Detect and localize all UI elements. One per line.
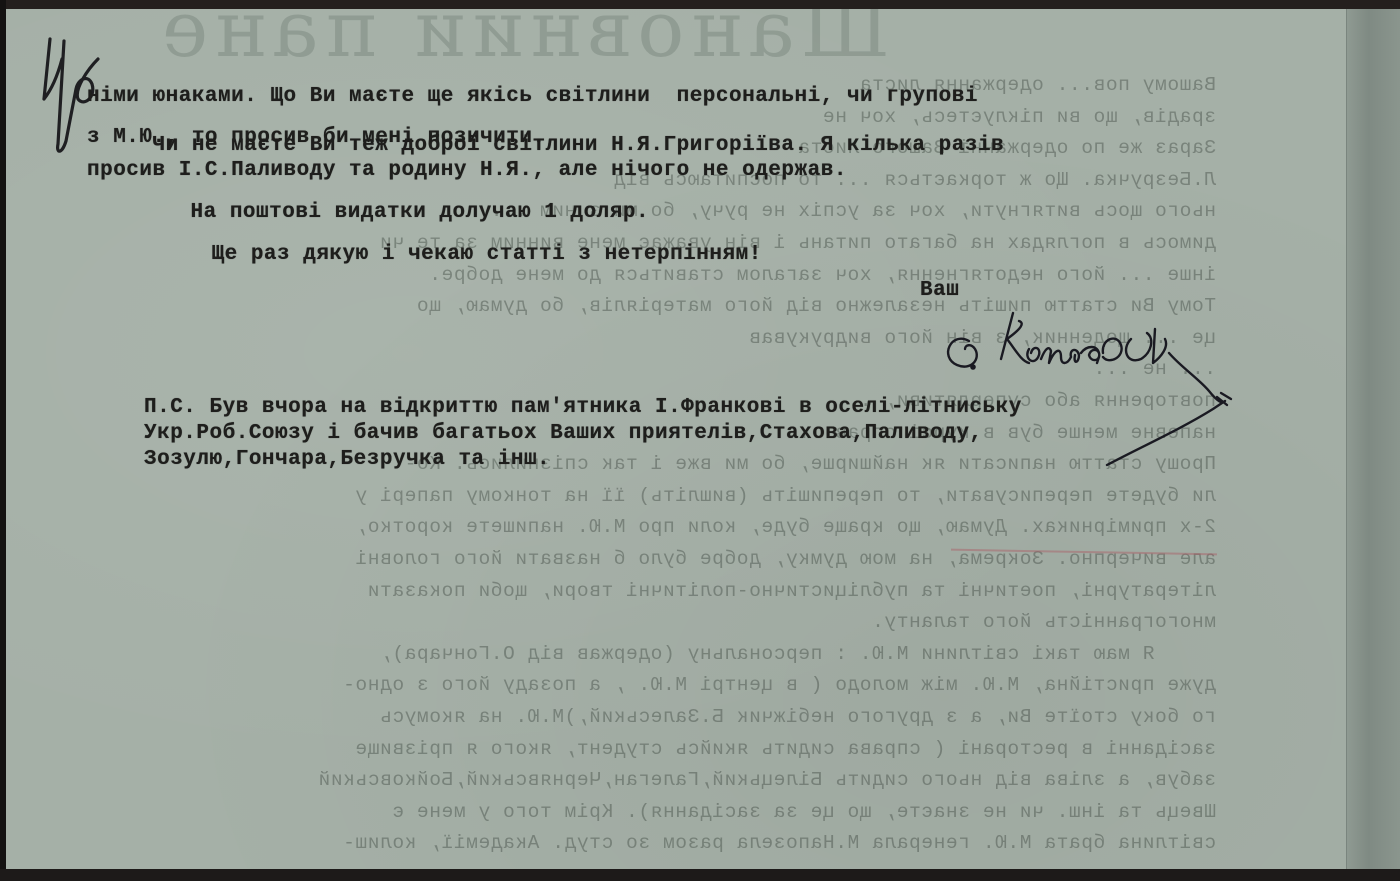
reverse-side-line: ли будете переписувати, то перепишіть (в… [355,485,1216,507]
scan-frame-top [0,0,1400,9]
letter-line: Чи не маєте Ви теж доброї світлини Н.Я.Г… [87,134,1004,157]
letter-line: На поштові видатки долучаю 1 доляр. [125,201,649,224]
reverse-side-line: зрадів, що ви піклуєтесь, хоч не [822,106,1216,128]
postscript-line: Укр.Роб.Союзу і бачив багатьох Ваших при… [144,422,983,445]
reverse-side-line: многогранність його таланту. [872,611,1216,633]
letter-line: Ще раз дякую і чекаю статті з нетерпіння… [146,243,762,266]
reverse-side-line: Я маю такі світлини М.Ю. : персональну (… [379,643,1216,665]
reverse-side-line: го боку стоїте Ви, а з другого небіжчик … [379,706,1216,728]
reverse-side-line: літературні, поетичні та публіцистично-п… [367,580,1216,602]
reverse-side-line: забув, а зліва від нього сидить Білецьки… [318,769,1216,791]
letter-line: німи юнаками. Що Ви маєте ще якісь світл… [87,85,978,108]
postscript-line: П.С. Був вчора на відкриттю пам'ятника І… [144,396,1022,419]
scan-edge-strip [1346,9,1400,869]
reverse-side-line: дуже пристійна, М.Ю. між молодо ( в цент… [343,674,1216,696]
reverse-side-line: 2-х примірниках. Думаю, що краще буде, к… [355,516,1216,538]
reverse-side-line: інше ... його недотягнення, хоч загалом … [429,264,1216,286]
closing-salutation: Ваш [920,279,959,302]
reverse-side-line: Швець та інш. чи не знаєте, що це за зас… [392,801,1216,823]
handwritten-signature: О. Коновал [941,309,1301,469]
reverse-side-line: засіданні в ресторані ( справа сидить як… [355,738,1216,760]
letter-line: просив І.С.Паливоду та родину Н.Я., але … [87,159,847,182]
letter-page: Шановний пане Вашому пов... одержання ли… [6,9,1346,869]
reverse-side-line: світлина брата М.Ю. генерала М.Напозела … [343,832,1216,854]
postscript-line: Зозулю,Гончара,Безручка та інш. [144,448,550,471]
scan-frame-bottom [0,869,1400,881]
